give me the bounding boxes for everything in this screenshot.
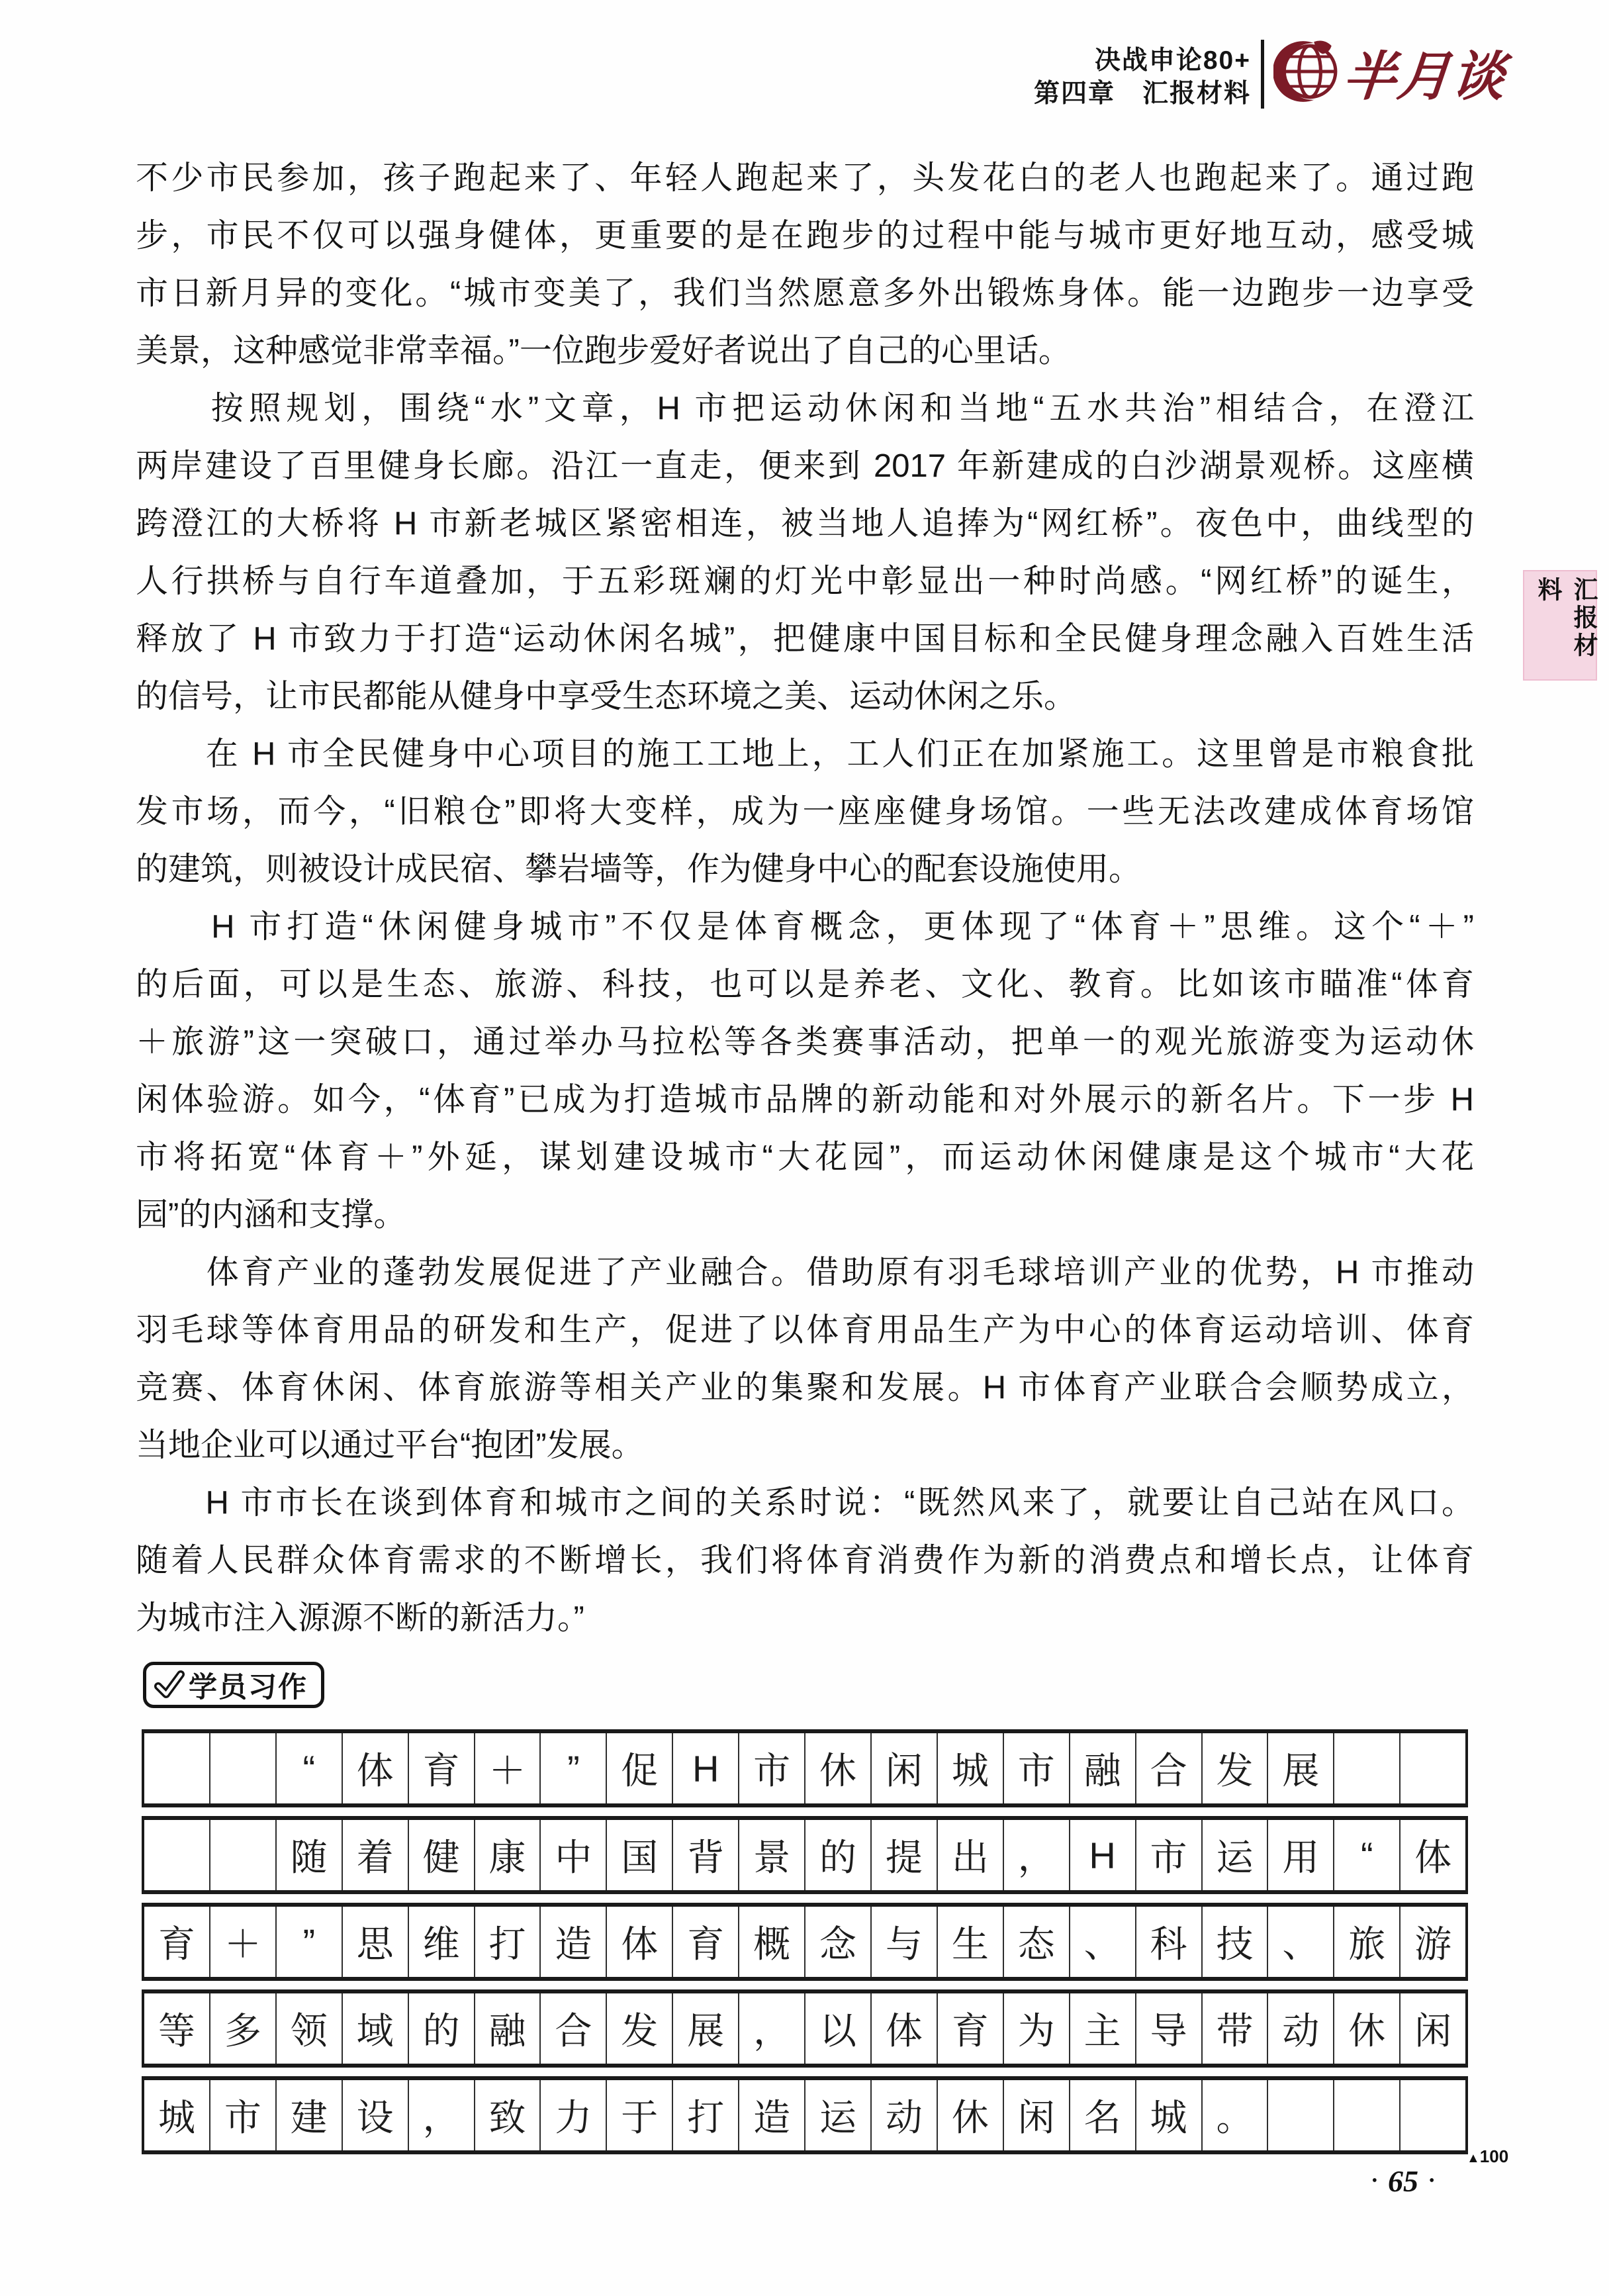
body-line: 园”的内涵和支撑。 <box>136 1186 1474 1244</box>
header-divider <box>1261 40 1264 109</box>
body-line: 市将拓宽“体育＋”外延，谋划建设城市“大花园”，而运动休闲健康是这个城市“大花 <box>136 1129 1474 1186</box>
grid-cell: 造 <box>739 2080 805 2150</box>
grid-cell: 景 <box>739 1820 805 1890</box>
grid-cell: H <box>1070 1820 1136 1890</box>
grid-cell <box>144 1820 210 1890</box>
grid-cell: 游 <box>1401 1907 1465 1977</box>
body-line: 人行拱桥与自行车道叠加，于五彩斑斓的灯光中彰显出一种时尚感。“网红桥”的诞生， <box>136 553 1474 610</box>
grid-cell: 旅 <box>1334 1907 1401 1977</box>
body-line: 释放了 H 市致力于打造“运动休闲名城”，把健康中国目标和全民健身理念融入百姓生… <box>136 610 1474 668</box>
grid-cell: 体 <box>1401 1820 1465 1890</box>
grid-cell: 提 <box>872 1820 938 1890</box>
grid-cell: 以 <box>805 1993 872 2064</box>
grid-cell: 育 <box>144 1907 210 1977</box>
grid-row: 等多领域的融合发展，以体育为主导带动休闲 <box>142 1989 1468 2068</box>
grid-cell: 科 <box>1136 1907 1203 1977</box>
grid-cell: 生 <box>938 1907 1004 1977</box>
grid-cell: 发 <box>1203 1733 1269 1803</box>
grid-cell: 市 <box>739 1733 805 1803</box>
grid-cell: 育 <box>409 1733 475 1803</box>
grid-cell: 、 <box>1268 1907 1334 1977</box>
grid-cell: 主 <box>1070 1993 1136 2064</box>
body-line: 随着人民群众体育需求的不断增长，我们将体育消费作为新的消费点和增长点，让体育 <box>136 1532 1474 1590</box>
grid-cell: 市 <box>1136 1820 1203 1890</box>
grid-cell: 发 <box>607 1993 673 2064</box>
section-badge-label: 学员习作 <box>189 1665 308 1705</box>
grid-cell: 致 <box>475 2080 541 2150</box>
grid-cell: ， <box>409 2080 475 2150</box>
grid-cell: 休 <box>1334 1993 1401 2064</box>
grid-cell: 运 <box>1203 1820 1269 1890</box>
grid-cell: 导 <box>1136 1993 1203 2064</box>
grid-row: 城市建设，致力于打造运动休闲名城。 <box>142 2076 1468 2154</box>
grid-cell: 着 <box>343 1820 409 1890</box>
book-page: 决战申论80+ 第四章 汇报材料 半月谈 汇报材料 不少市民参加，孩子跑起来了、… <box>0 0 1609 2296</box>
grid-cell: 展 <box>673 1993 739 2064</box>
grid-cell: 维 <box>409 1907 475 1977</box>
grid-cell: 市 <box>210 2080 277 2150</box>
grid-cell: 建 <box>277 2080 343 2150</box>
grid-cell: 背 <box>673 1820 739 1890</box>
essay-grid: “体育＋”促H市休闲城市融合发展随着健康中国背景的提出，H市运用“体育＋”思维打… <box>142 1729 1468 2163</box>
grid-cell: 带 <box>1203 1993 1269 2064</box>
body-line: 的后面，可以是生态、旅游、科技，也可以是养老、文化、教育。比如该市瞄准“体育 <box>136 956 1474 1014</box>
grid-cell: 打 <box>673 2080 739 2150</box>
page-footer: • 65 • <box>1347 2164 1459 2199</box>
grid-cell: 闲 <box>1004 2080 1070 2150</box>
logo-wordmark: 半月谈 <box>1340 34 1510 110</box>
body-line: 闲体验游。如今，“体育”已成为打造城市品牌的新动能和对外展示的新名片。下一步 H <box>136 1071 1474 1129</box>
body-text: 不少市民参加，孩子跑起来了、年轻人跑起来了，头发花白的老人也跑起来了。通过跑步，… <box>136 150 1474 1647</box>
footer-right-dot: • <box>1429 2172 1434 2190</box>
side-tab-label: 汇报材料 <box>1530 577 1601 679</box>
grid-cell: 多 <box>210 1993 277 2064</box>
grid-cell: 体 <box>872 1993 938 2064</box>
grid-cell: 合 <box>541 1993 607 2064</box>
grid-cell: 休 <box>805 1733 872 1803</box>
grid-cell: 造 <box>541 1907 607 1977</box>
grid-cell: 融 <box>475 1993 541 2064</box>
grid-cell: 中 <box>541 1820 607 1890</box>
body-line: 不少市民参加，孩子跑起来了、年轻人跑起来了，头发花白的老人也跑起来了。通过跑 <box>136 150 1474 207</box>
grid-cell: 与 <box>872 1907 938 1977</box>
grid-cell: ， <box>739 1993 805 2064</box>
header-series-title: 决战申论80+ <box>880 40 1251 77</box>
grid-cell: ， <box>1004 1820 1070 1890</box>
grid-cell <box>1334 1733 1401 1803</box>
grid-cell: 展 <box>1268 1733 1334 1803</box>
body-line: 竞赛、体育休闲、体育旅游等相关产业的集聚和发展。H 市体育产业联合会顺势成立， <box>136 1359 1474 1417</box>
body-line: 的建筑，则被设计成民宿、攀岩墙等，作为健身中心的配套设施使用。 <box>136 841 1474 898</box>
page-number: 65 <box>1388 2164 1418 2199</box>
grid-cell <box>210 1733 277 1803</box>
grid-cell: 育 <box>673 1907 739 1977</box>
grid-cell: 技 <box>1203 1907 1269 1977</box>
body-line: 步，市民不仅可以强身健体，更重要的是在跑步的过程中能与城市更好地互动，感受城 <box>136 207 1474 265</box>
grid-cell: 城 <box>938 1733 1004 1803</box>
grid-cell: “ <box>1334 1820 1401 1890</box>
globe-icon <box>1273 38 1341 105</box>
grid-cell: “ <box>277 1733 343 1803</box>
grid-cell: ” <box>541 1733 607 1803</box>
grid-cell: 闲 <box>872 1733 938 1803</box>
grid-cell: 、 <box>1070 1907 1136 1977</box>
grid-row: 随着健康中国背景的提出，H市运用“体 <box>142 1816 1468 1894</box>
grid-cell <box>210 1820 277 1890</box>
body-line: 体育产业的蓬勃发展促进了产业融合。借助原有羽毛球培训产业的优势，H 市推动 <box>136 1244 1474 1302</box>
grid-cell: 域 <box>343 1993 409 2064</box>
grid-cell: 闲 <box>1401 1993 1465 2064</box>
grid-cell: 国 <box>607 1820 673 1890</box>
grid-cell: 等 <box>144 1993 210 2064</box>
grid-row: “体育＋”促H市休闲城市融合发展 <box>142 1729 1468 1807</box>
grid-cell: 设 <box>343 2080 409 2150</box>
char-count-marker: ▲ 100 <box>1467 2148 1508 2165</box>
grid-cell: 体 <box>343 1733 409 1803</box>
grid-cell: 力 <box>541 2080 607 2150</box>
body-line: 美景，这种感觉非常幸福。”一位跑步爱好者说出了自己的心里话。 <box>136 322 1474 380</box>
body-line: 在 H 市全民健身中心项目的施工工地上，工人们正在加紧施工。这里曾是市粮食批 <box>136 726 1474 783</box>
body-line: 跨澄江的大桥将 H 市新老城区紧密相连，被当地人追捧为“网红桥”。夜色中，曲线型… <box>136 495 1474 553</box>
check-icon <box>153 1669 185 1701</box>
triangle-up-icon: ▲ <box>1467 2152 1480 2165</box>
body-line: 羽毛球等体育用品的研发和生产，促进了以体育用品生产为中心的体育运动培训、体育 <box>136 1302 1474 1359</box>
body-line: H 市打造“休闲健身城市”不仅是体育概念，更体现了“体育＋”思维。这个“＋” <box>136 898 1474 956</box>
grid-cell: 促 <box>607 1733 673 1803</box>
grid-cell: 。 <box>1203 2080 1269 2150</box>
grid-cell: H <box>673 1733 739 1803</box>
grid-cell <box>1334 2080 1401 2150</box>
grid-cell: 于 <box>607 2080 673 2150</box>
grid-cell: 融 <box>1070 1733 1136 1803</box>
grid-cell: 城 <box>1136 2080 1203 2150</box>
grid-cell: 态 <box>1004 1907 1070 1977</box>
body-line: 两岸建设了百里健身长廊。沿江一直走，便来到 2017 年新建成的白沙湖景观桥。这… <box>136 438 1474 495</box>
grid-cell: 休 <box>938 2080 1004 2150</box>
grid-cell: 的 <box>805 1820 872 1890</box>
body-line: 市日新月异的变化。“城市变美了，我们当然愿意多外出锻炼身体。能一边跑步一边享受 <box>136 265 1474 322</box>
grid-cell: 健 <box>409 1820 475 1890</box>
grid-row: 育＋”思维打造体育概念与生态、科技、旅游 <box>142 1903 1468 1981</box>
grid-cell <box>144 1733 210 1803</box>
grid-cell: ＋ <box>210 1907 277 1977</box>
grid-cell: 名 <box>1070 2080 1136 2150</box>
grid-cell: 念 <box>805 1907 872 1977</box>
grid-cell: 育 <box>938 1993 1004 2064</box>
grid-cell: 思 <box>343 1907 409 1977</box>
grid-cell: 动 <box>872 2080 938 2150</box>
grid-cell: 的 <box>409 1993 475 2064</box>
grid-cell: 用 <box>1268 1820 1334 1890</box>
grid-cell: ＋ <box>475 1733 541 1803</box>
body-line: H 市市长在谈到体育和城市之间的关系时说：“既然风来了，就要让自己站在风口。 <box>136 1474 1474 1532</box>
char-count-value: 100 <box>1480 2148 1508 2165</box>
grid-cell: 康 <box>475 1820 541 1890</box>
grid-cell <box>1401 2080 1465 2150</box>
body-line: 按照规划，围绕“水”文章，H 市把运动休闲和当地“五水共治”相结合，在澄江 <box>136 380 1474 438</box>
grid-cell: 城 <box>144 2080 210 2150</box>
grid-cell: 市 <box>1004 1733 1070 1803</box>
grid-cell: 随 <box>277 1820 343 1890</box>
grid-cell: 合 <box>1136 1733 1203 1803</box>
body-line: 当地企业可以通过平台“抱团”发展。 <box>136 1417 1474 1474</box>
grid-cell: ” <box>277 1907 343 1977</box>
grid-cell: 体 <box>607 1907 673 1977</box>
grid-cell <box>1401 1733 1465 1803</box>
section-badge: 学员习作 <box>143 1662 324 1708</box>
grid-cell: 概 <box>739 1907 805 1977</box>
grid-cell: 领 <box>277 1993 343 2064</box>
publisher-logo: 半月谈 <box>1273 34 1506 109</box>
body-line: 为城市注入源源不断的新活力。” <box>136 1590 1474 1647</box>
footer-left-dot: • <box>1372 2172 1377 2190</box>
body-line: 的信号，让市民都能从健身中享受生态环境之美、运动休闲之乐。 <box>136 668 1474 726</box>
grid-cell: 运 <box>805 2080 872 2150</box>
grid-cell: 出 <box>938 1820 1004 1890</box>
grid-cell: 为 <box>1004 1993 1070 2064</box>
header-chapter-title: 第四章 汇报材料 <box>880 73 1251 110</box>
grid-cell <box>1268 2080 1334 2150</box>
body-line: ＋旅游”这一突破口，通过举办马拉松等各类赛事活动，把单一的观光旅游变为运动休 <box>136 1014 1474 1071</box>
grid-cell: 动 <box>1268 1993 1334 2064</box>
grid-cell: 打 <box>475 1907 541 1977</box>
body-line: 发市场，而今，“旧粮仓”即将大变样，成为一座座健身场馆。一些无法改建成体育场馆 <box>136 783 1474 841</box>
side-tab: 汇报材料 <box>1523 570 1597 681</box>
